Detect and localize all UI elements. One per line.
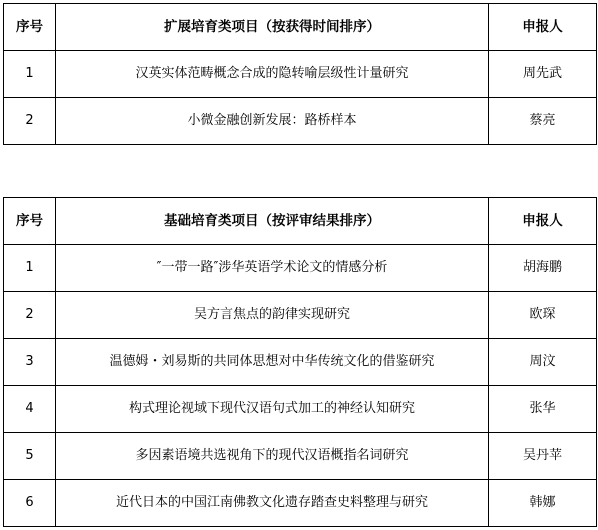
row-title: 吴方言焦点的韵律实现研究 bbox=[56, 292, 489, 339]
row-applicant: 蔡亮 bbox=[489, 98, 597, 145]
row-applicant: 周汶 bbox=[489, 339, 597, 386]
header-applicant: 申报人 bbox=[489, 4, 597, 51]
row-title: 构式理论视域下现代汉语句式加工的神经认知研究 bbox=[56, 386, 489, 433]
row-applicant: 欧琛 bbox=[489, 292, 597, 339]
row-index: 6 bbox=[4, 480, 56, 527]
row-applicant: 韩娜 bbox=[489, 480, 597, 527]
row-index: 1 bbox=[4, 245, 56, 292]
header-applicant: 申报人 bbox=[489, 198, 597, 245]
table-row: 2 吴方言焦点的韵律实现研究 欧琛 bbox=[4, 292, 597, 339]
row-title: 近代日本的中国江南佛教文化遗存踏查史料整理与研究 bbox=[56, 480, 489, 527]
row-index: 3 bbox=[4, 339, 56, 386]
row-title: ″一带一路″涉华英语学术论文的情感分析 bbox=[56, 245, 489, 292]
header-index: 序号 bbox=[4, 198, 56, 245]
row-index: 2 bbox=[4, 292, 56, 339]
row-index: 4 bbox=[4, 386, 56, 433]
row-index: 5 bbox=[4, 433, 56, 480]
row-applicant: 周先武 bbox=[489, 51, 597, 98]
row-index: 2 bbox=[4, 98, 56, 145]
table-row: 3 温德姆・刘易斯的共同体思想对中华传统文化的借鉴研究 周汶 bbox=[4, 339, 597, 386]
table-row: 6 近代日本的中国江南佛教文化遗存踏查史料整理与研究 韩娜 bbox=[4, 480, 597, 527]
table-row: 2 小微金融创新发展：路桥样本 蔡亮 bbox=[4, 98, 597, 145]
row-title: 多因素语境共选视角下的现代汉语概指名词研究 bbox=[56, 433, 489, 480]
row-applicant: 胡海鹏 bbox=[489, 245, 597, 292]
header-title: 扩展培育类项目（按获得时间排序） bbox=[56, 4, 489, 51]
table-header-row: 序号 扩展培育类项目（按获得时间排序） 申报人 bbox=[4, 4, 597, 51]
header-title: 基础培育类项目（按评审结果排序） bbox=[56, 198, 489, 245]
row-index: 1 bbox=[4, 51, 56, 98]
table-row: 1 汉英实体范畴概念合成的隐转喻层级性计量研究 周先武 bbox=[4, 51, 597, 98]
row-title: 小微金融创新发展：路桥样本 bbox=[56, 98, 489, 145]
basic-projects-table: 序号 基础培育类项目（按评审结果排序） 申报人 1 ″一带一路″涉华英语学术论文… bbox=[3, 197, 597, 527]
row-title: 汉英实体范畴概念合成的隐转喻层级性计量研究 bbox=[56, 51, 489, 98]
table-row: 5 多因素语境共选视角下的现代汉语概指名词研究 吴丹苹 bbox=[4, 433, 597, 480]
table-row: 1 ″一带一路″涉华英语学术论文的情感分析 胡海鹏 bbox=[4, 245, 597, 292]
table-header-row: 序号 基础培育类项目（按评审结果排序） 申报人 bbox=[4, 198, 597, 245]
row-applicant: 张华 bbox=[489, 386, 597, 433]
row-title: 温德姆・刘易斯的共同体思想对中华传统文化的借鉴研究 bbox=[56, 339, 489, 386]
extended-projects-table: 序号 扩展培育类项目（按获得时间排序） 申报人 1 汉英实体范畴概念合成的隐转喻… bbox=[3, 3, 597, 145]
table-row: 4 构式理论视域下现代汉语句式加工的神经认知研究 张华 bbox=[4, 386, 597, 433]
header-index: 序号 bbox=[4, 4, 56, 51]
row-applicant: 吴丹苹 bbox=[489, 433, 597, 480]
